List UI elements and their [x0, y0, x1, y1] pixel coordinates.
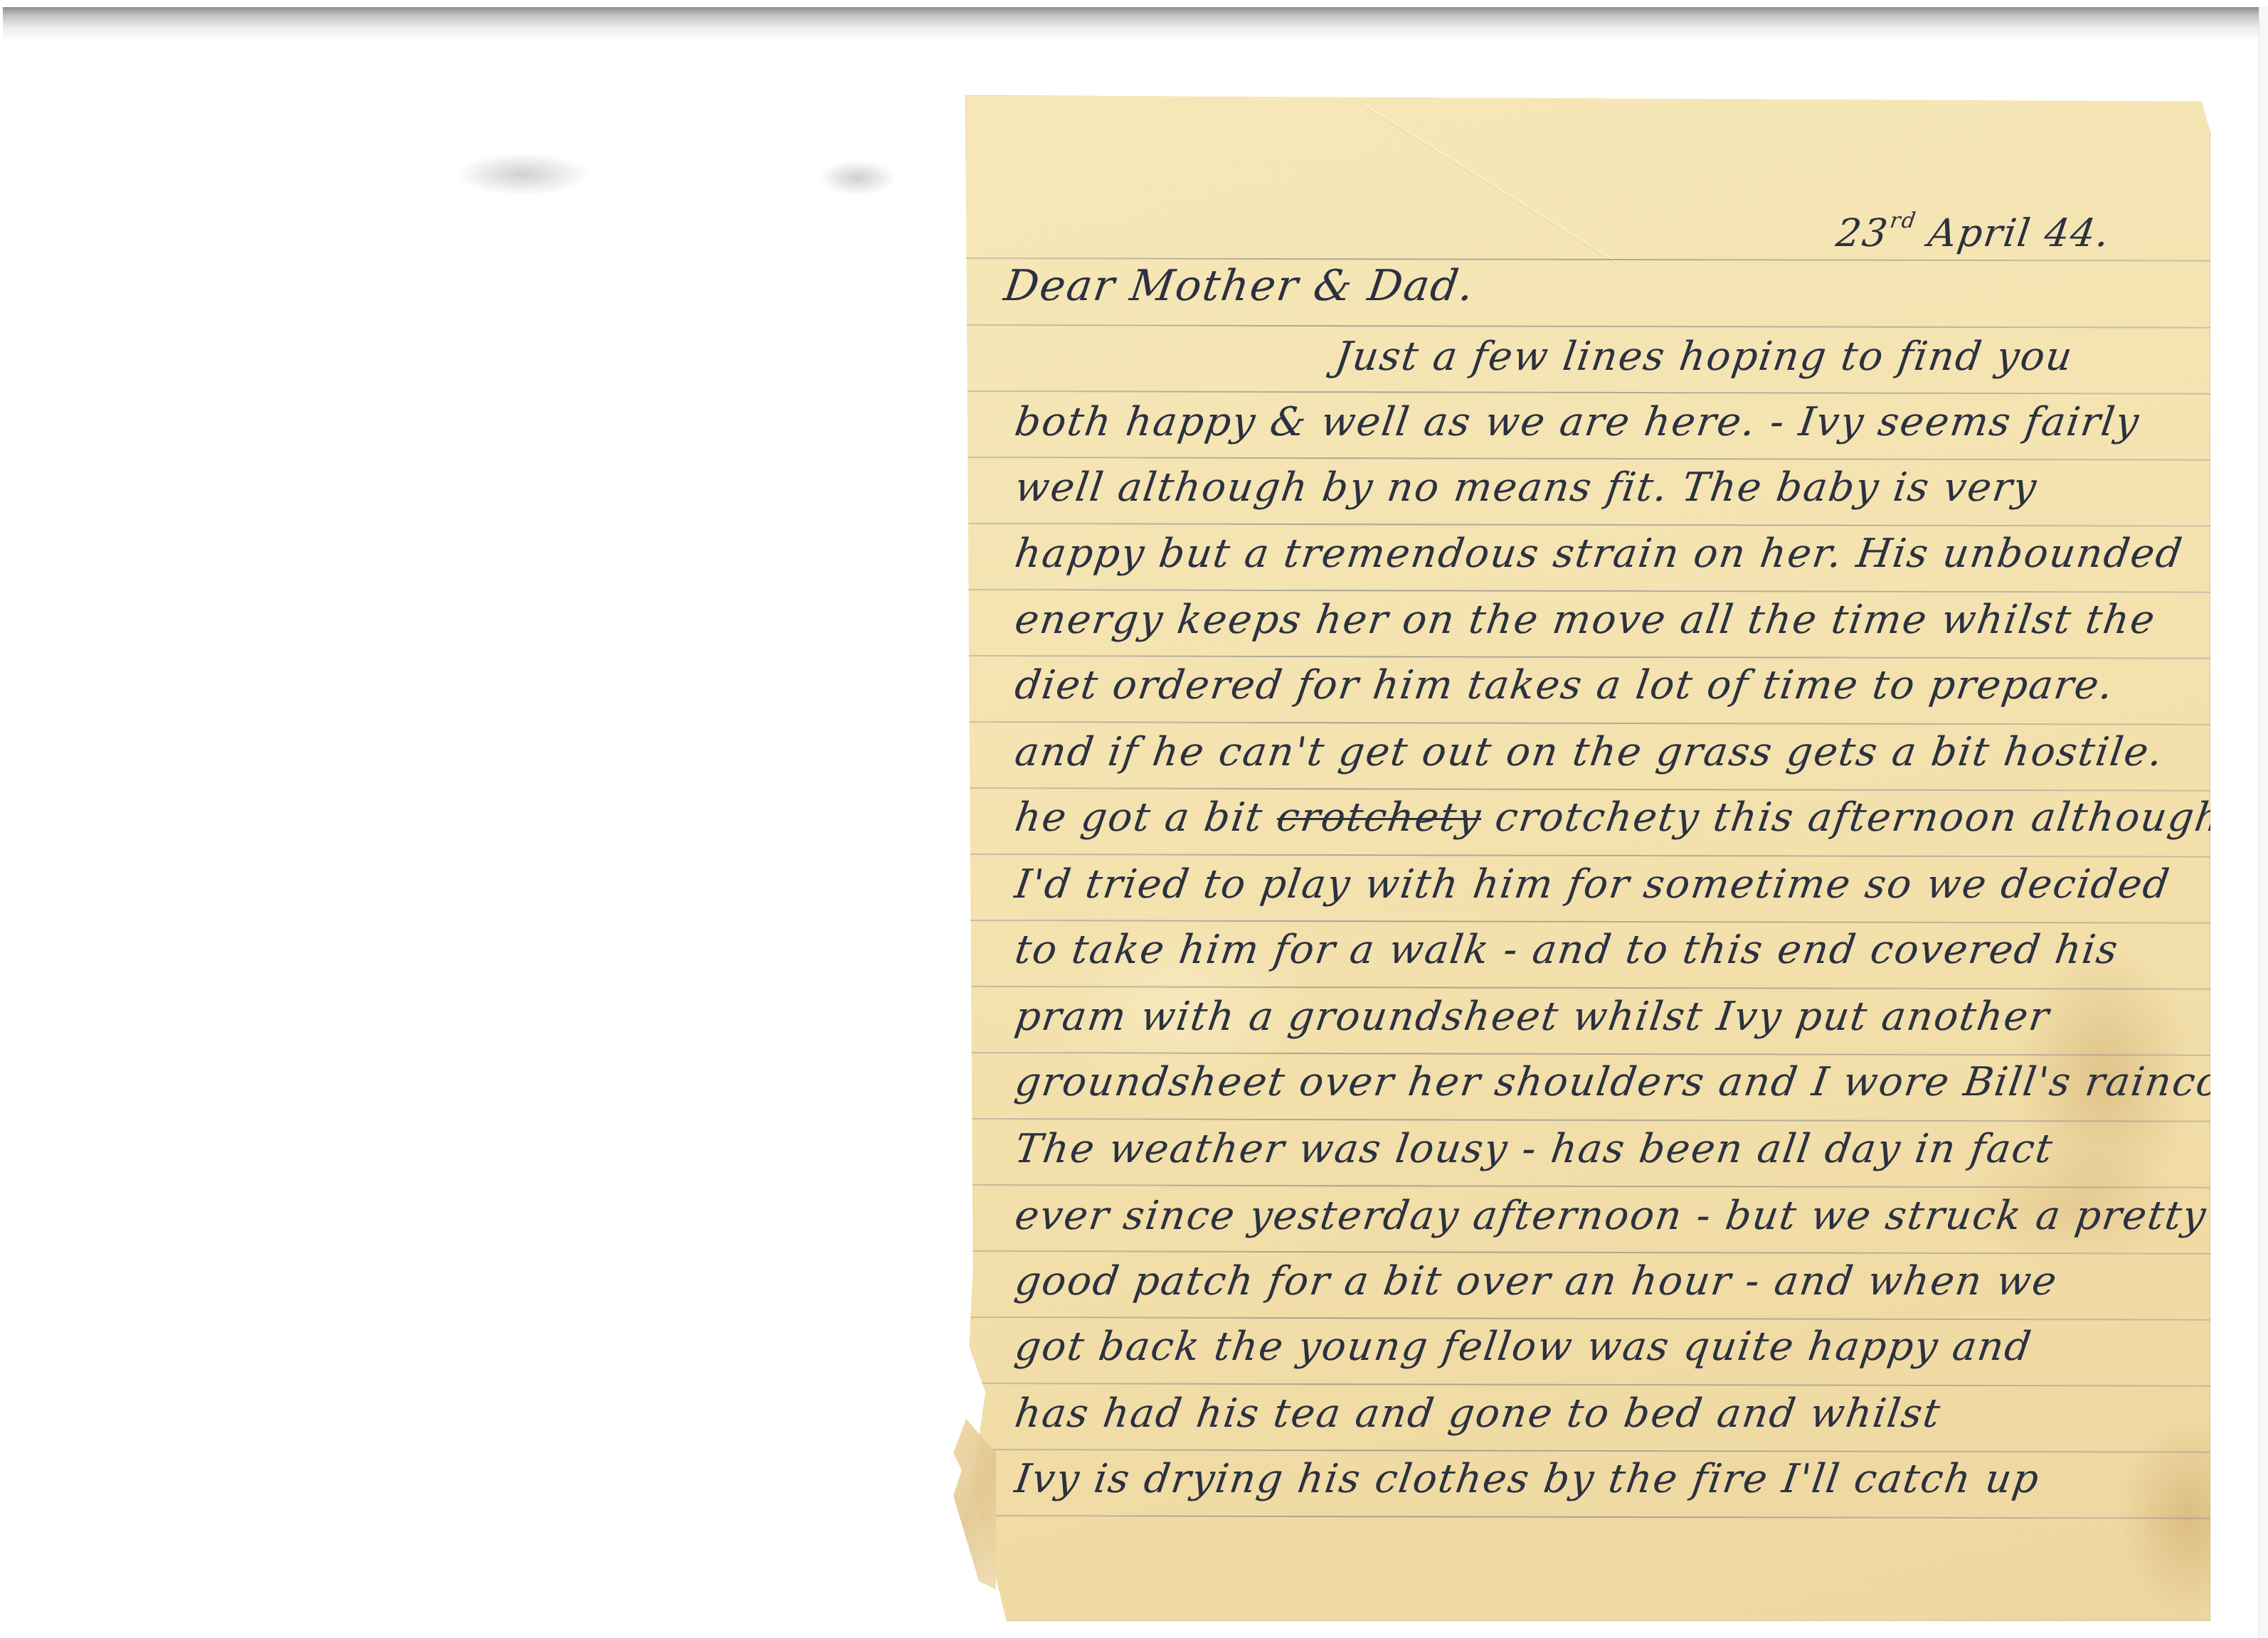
- date-month-year: April 44.: [1926, 211, 2114, 255]
- letter-line: I'd tried to play with him for sometime …: [1012, 865, 2173, 905]
- date-ordinal: rd: [1888, 208, 1918, 233]
- struck-word: crotchety: [1274, 794, 1485, 841]
- ruled-line: [965, 1184, 2210, 1188]
- ruled-line: [965, 853, 2210, 858]
- paper-crease: [1362, 102, 1617, 265]
- ruled-line: [965, 1449, 2210, 1453]
- ruled-line: [965, 589, 2210, 593]
- scanner-shadow: [3, 7, 2259, 41]
- scan-smudge: [818, 160, 896, 196]
- letter-greeting: Dear Mother & Dad.: [1002, 265, 1478, 307]
- letter-line: he got a bit crotchety crotchety this af…: [1012, 798, 2225, 838]
- letter-line-end: crotchety this afternoon although: [1493, 794, 2225, 841]
- ruled-line: [965, 1250, 2210, 1255]
- letter-line: to take him for a walk - and to this end…: [1012, 930, 2121, 970]
- letter-line: good patch for a bit over an hour - and …: [1012, 1262, 2060, 1302]
- ruled-line: [965, 1052, 2210, 1056]
- date-day: 23: [1833, 211, 1892, 255]
- letter-line: and if he can't get out on the grass get…: [1012, 733, 2166, 772]
- ruled-line: [965, 1515, 2210, 1519]
- letter-line: diet ordered for him takes a lot of time…: [1012, 666, 2116, 706]
- letter-line: has had his tea and gone to bed and whil…: [1012, 1394, 1944, 1434]
- ruled-line: [965, 390, 2210, 395]
- letter-line: both happy & well as we are here. - Ivy …: [1012, 403, 2142, 442]
- letter-line: well although by no means fit. The baby …: [1012, 468, 2040, 508]
- letter-line: ever since yesterday afternoon - but we …: [1012, 1196, 2209, 1236]
- ruled-line: [965, 721, 2210, 725]
- letter-page: 23rd April 44. Dear Mother & Dad. Just a…: [965, 95, 2210, 1621]
- scan-smudge: [455, 153, 590, 196]
- ruled-line: [965, 1317, 2210, 1321]
- letter-line: pram with a groundsheet whilst Ivy put a…: [1012, 997, 2052, 1037]
- letter-line: happy but a tremendous strain on her. Hi…: [1012, 534, 2185, 574]
- letter-date: 23rd April 44.: [1834, 211, 2114, 252]
- ruled-line: [965, 920, 2210, 924]
- ruled-line: [965, 787, 2210, 792]
- letter-line: Ivy is drying his clothes by the fire I'…: [1012, 1459, 2042, 1499]
- ruled-line: [965, 457, 2210, 461]
- letter-line: Just a few lines hoping to find you: [1332, 337, 2076, 377]
- letter-line: The weather was lousy - has been all day…: [1012, 1129, 2056, 1169]
- letter-line: groundsheet over her shoulders and I wor…: [1012, 1063, 2268, 1102]
- ruled-line: [965, 986, 2210, 990]
- ruled-line: [965, 655, 2210, 659]
- ruled-line: [965, 1118, 2210, 1122]
- ruled-line: [965, 1383, 2210, 1387]
- letter-line-start: he got a bit: [1012, 794, 1266, 841]
- ruled-line: [965, 523, 2210, 527]
- letter-line: got back the young fellow was quite happ…: [1012, 1327, 2035, 1367]
- letter-line: energy keeps her on the move all the tim…: [1012, 600, 2158, 640]
- scanner-bed-edge: [2259, 7, 2268, 1638]
- ruled-line: [965, 324, 2210, 329]
